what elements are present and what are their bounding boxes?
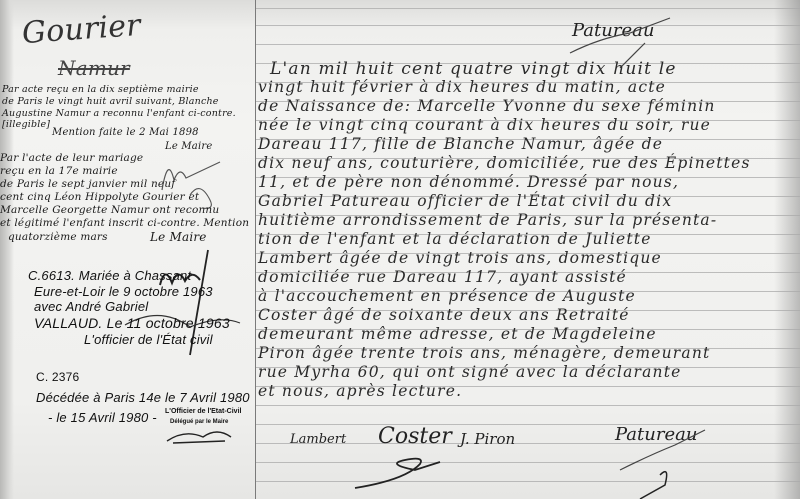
body-line: Piron âgée trente trois ans, ménagère, d… [258,344,710,362]
death-note-line: Décédée à Paris 14e le 7 Avril 1980 [36,390,250,405]
ruled-line [256,44,800,45]
body-line: huitième arrondissement de Paris, sur la… [258,211,717,229]
body-line: Gabriel Patureau officier de l'État civi… [258,192,672,210]
body-line: rue Myrha 60, qui ont signé avec la décl… [258,363,682,381]
recognition-note-line: Augustine Namur a reconnu l'enfant ci-co… [2,108,236,119]
marriage-note-line: L'officier de l'État civil [84,332,213,347]
legitimation-note-line: cent cinq Léon Hippolyte Gourier et [0,191,199,203]
ruled-line [256,25,800,26]
surname-heading: Gourier [21,8,142,51]
legitimation-note-line: et légitimé l'enfant inscrit ci-contre. … [0,217,249,229]
ruled-line [256,481,800,482]
legitimation-signer: Le Maire [150,230,207,244]
ruled-line [256,8,800,9]
legitimation-note-line: quatorzième mars [8,231,108,243]
ruled-line [256,405,800,406]
body-line: domiciliée rue Dareau 117, ayant assisté [258,268,627,286]
body-line: 11, et de père non dénommé. Dressé par n… [258,173,679,191]
signature-coster: Coster [378,424,452,449]
marriage-note-line: avec André Gabriel [34,299,148,314]
body-line: née le vingt cinq courant à dix heures d… [258,116,711,134]
body-line: L'an mil huit cent quatre vingt dix huit… [270,59,677,79]
body-line: de Naissance de: Marcelle Yvonne du sexe… [258,97,716,115]
recognition-note-line: Par acte reçu en la dix septième mairie [2,84,199,95]
body-line: Lambert âgée de vingt trois ans, domesti… [258,249,662,267]
marriage-note-line: Eure-et-Loir le 9 octobre 1963 [34,284,213,299]
body-line: Dareau 117, fille de Blanche Namur, âgée… [258,135,663,153]
margin-rule [255,0,256,499]
binding-shadow [0,0,14,499]
death-note-line: - le 15 Avril 1980 - [48,410,157,425]
ruled-line [256,462,800,463]
marriage-note-line: C.6613. Mariée à Chassant [28,268,191,283]
coster-flourish [345,450,465,490]
body-line: et nous, après lecture. [258,382,462,400]
death-reference: C. 2376 [36,370,79,384]
stamp-signature [165,425,235,447]
body-line: Coster âgé de soixante deux ans Retraité [258,306,630,324]
crossed-out-surname: Namur [58,56,130,80]
signature-lambert: Lambert [290,432,346,447]
body-line: tion de l'enfant et la déclaration de Ju… [258,230,652,248]
registry-page: Gourier Namur Par acte reçu en la dix se… [0,0,800,499]
legitimation-note-line: Par l'acte de leur mariage [0,152,143,164]
marriage-note-line: VALLAUD. Le 11 octobre 1963 [34,315,230,331]
patureau-flourish [560,415,710,499]
body-line: demeurant même adresse, et de Magdeleine [258,325,657,343]
body-line: à l'accouchement en présence de Auguste [258,287,636,305]
signature-piron: J. Piron [460,430,515,448]
ruled-line [256,424,800,425]
legitimation-note-line: de Paris le sept janvier mil neuf [0,178,175,190]
body-line: dix neuf ans, couturière, domiciliée, ru… [258,154,751,172]
legitimation-note-line: reçu en la 17e mairie [0,165,118,177]
legitimation-note-line: Marcelle Georgette Namur ont reconnu [0,204,219,216]
recognition-mention: Mention faite le 2 Mai 1898 [52,127,199,138]
body-line: vingt huit février à dix heures du matin… [258,78,666,96]
recognition-note-line: de Paris le vingt huit avril suivant, Bl… [2,96,219,107]
recognition-note-line: [illegible] [2,119,50,130]
stamp-officer: L'Officier de l'Etat-Civil [165,408,241,415]
